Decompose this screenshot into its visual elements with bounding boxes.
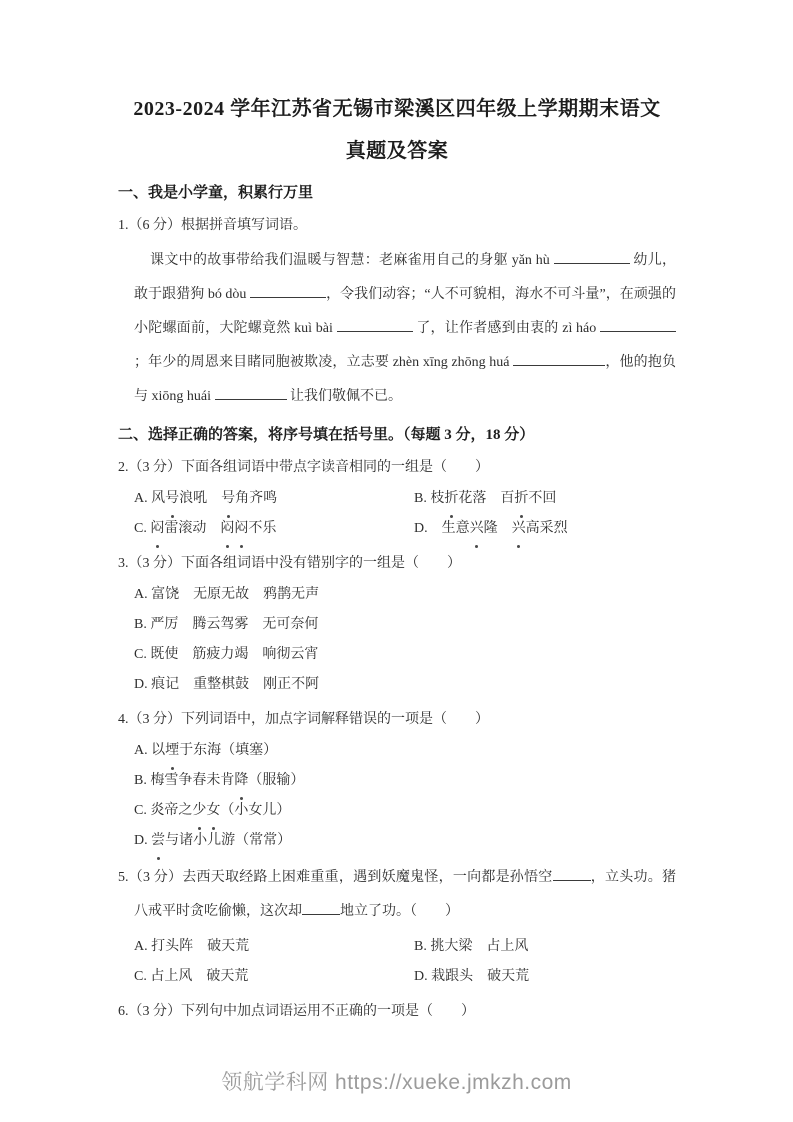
question-3: 3.（3 分）下面各组词语中没有错别字的一组是（ ） A. 富饶 无原无故 鸦鹊… <box>118 551 676 700</box>
question-5-option-d: D. 栽跟头 破天荒 <box>414 962 676 992</box>
emphasized-char: 兴 <box>512 514 526 544</box>
emphasized-char: 尝 <box>151 826 165 856</box>
question-4-stem: 4.（3 分）下列词语中，加点字词解释错误的一项是（ ） <box>118 707 676 733</box>
question-5: 5.（3 分）去西天取经路上困难重重，遇到妖魔鬼怪，一向都是孙悟空，立头功。猪八… <box>118 861 676 992</box>
emphasized-char: 折 <box>444 484 458 514</box>
question-4-option-a: A. 以堙于东海（填塞） <box>134 736 676 766</box>
exam-paper-page: 2023-2024 学年江苏省无锡市梁溪区四年级上学期期末语文 真题及答案 一、… <box>0 0 793 1122</box>
question-4-option-c: C. 炎帝之少女（小女儿） <box>134 796 676 826</box>
question-5-option-a: A. 打头阵 破天荒 <box>134 932 414 962</box>
question-3-option-c: C. 既使 筋疲力竭 响彻云宵 <box>134 640 676 670</box>
question-1-passage: 课文中的故事带给我们温暖与智慧：老麻雀用自己的身躯 yǎn hù 幼儿，敢于跟猎… <box>134 244 676 414</box>
question-5-option-b: B. 挑大梁 占上风 <box>414 932 676 962</box>
exam-title: 2023-2024 学年江苏省无锡市梁溪区四年级上学期期末语文 真题及答案 <box>118 88 676 172</box>
answer-blank <box>553 866 591 881</box>
question-2-option-a: A. 风号浪吼 号角齐鸣 <box>134 484 414 514</box>
emphasized-char: 女 <box>206 796 220 826</box>
section-1-heading: 一、我是小学童，积累行万里 <box>118 180 676 206</box>
question-5-stem: 5.（3 分）去西天取经路上困难重重，遇到妖魔鬼怪，一向都是孙悟空，立头功。猪八… <box>118 861 676 929</box>
question-2-option-b: B. 枝折花落 百折不回 <box>414 484 676 514</box>
question-2-stem: 2.（3 分）下面各组词语中带点字读音相同的一组是（ ） <box>118 455 676 481</box>
question-3-option-d: D. 痕记 重整棋鼓 刚正不阿 <box>134 670 676 700</box>
question-3-stem: 3.（3 分）下面各组词语中没有错别字的一组是（ ） <box>118 551 676 577</box>
emphasized-char: 闷 <box>150 514 164 544</box>
answer-blank <box>302 900 340 915</box>
emphasized-char: 堙 <box>165 736 179 766</box>
question-1-stem: 1.（6 分）根据拼音填写词语。 <box>118 213 676 239</box>
section-2-heading: 二、选择正确的答案，将序号填在括号里。（每题 3 分，18 分） <box>118 422 676 448</box>
emphasized-char: 闷 <box>234 514 248 544</box>
answer-blank <box>250 283 326 298</box>
answer-blank <box>513 351 605 366</box>
question-3-option-a: A. 富饶 无原无故 鸦鹊无声 <box>134 580 676 610</box>
exam-title-line2: 真题及答案 <box>118 130 676 172</box>
question-6: 6.（3 分）下列句中加点词语运用不正确的一项是（ ） <box>118 999 676 1025</box>
question-5-option-c: C. 占上风 破天荒 <box>134 962 414 992</box>
answer-blank <box>600 317 676 332</box>
emphasized-char: 少 <box>192 796 206 826</box>
question-6-stem: 6.（3 分）下列句中加点词语运用不正确的一项是（ ） <box>118 999 676 1025</box>
emphasized-char: 闷 <box>220 514 234 544</box>
answer-blank <box>337 317 413 332</box>
emphasized-char: 兴 <box>470 514 484 544</box>
question-2: 2.（3 分）下面各组词语中带点字读音相同的一组是（ ） A. 风号浪吼 号角齐… <box>118 455 676 544</box>
emphasized-char: 降 <box>234 766 248 796</box>
question-2-options: A. 风号浪吼 号角齐鸣 B. 枝折花落 百折不回 C. 闷雷滚动 闷闷不乐 D… <box>134 484 676 544</box>
emphasized-char: 折 <box>514 484 528 514</box>
emphasized-char: 号 <box>221 484 235 514</box>
question-4-option-d: D. 尝与诸小儿游（常常） <box>134 826 676 856</box>
question-3-option-b: B. 严厉 腾云驾雾 无可奈何 <box>134 610 676 640</box>
question-4-options: A. 以堙于东海（填塞） B. 梅雪争春未肯降（服输） C. 炎帝之少女（小女儿… <box>134 736 676 856</box>
question-4: 4.（3 分）下列词语中，加点字词解释错误的一项是（ ） A. 以堙于东海（填塞… <box>118 707 676 856</box>
watermark-footer: 领航学科网 https://xueke.jmkzh.com <box>0 1066 793 1096</box>
answer-blank <box>554 249 630 264</box>
question-2-option-c: C. 闷雷滚动 闷闷不乐 <box>134 514 414 544</box>
question-2-option-d: D. 生意兴隆 兴高采烈 <box>414 514 676 544</box>
answer-blank <box>215 385 287 400</box>
question-4-option-b: B. 梅雪争春未肯降（服输） <box>134 766 676 796</box>
emphasized-char: 号 <box>165 484 179 514</box>
question-1: 1.（6 分）根据拼音填写词语。 课文中的故事带给我们温暖与智慧：老麻雀用自己的… <box>118 213 676 414</box>
exam-title-line1: 2023-2024 学年江苏省无锡市梁溪区四年级上学期期末语文 <box>118 88 676 130</box>
question-3-options: A. 富饶 无原无故 鸦鹊无声 B. 严厉 腾云驾雾 无可奈何 C. 既使 筋疲… <box>134 580 676 700</box>
question-5-options: A. 打头阵 破天荒 B. 挑大梁 占上风 C. 占上风 破天荒 D. 栽跟头 … <box>134 932 676 992</box>
